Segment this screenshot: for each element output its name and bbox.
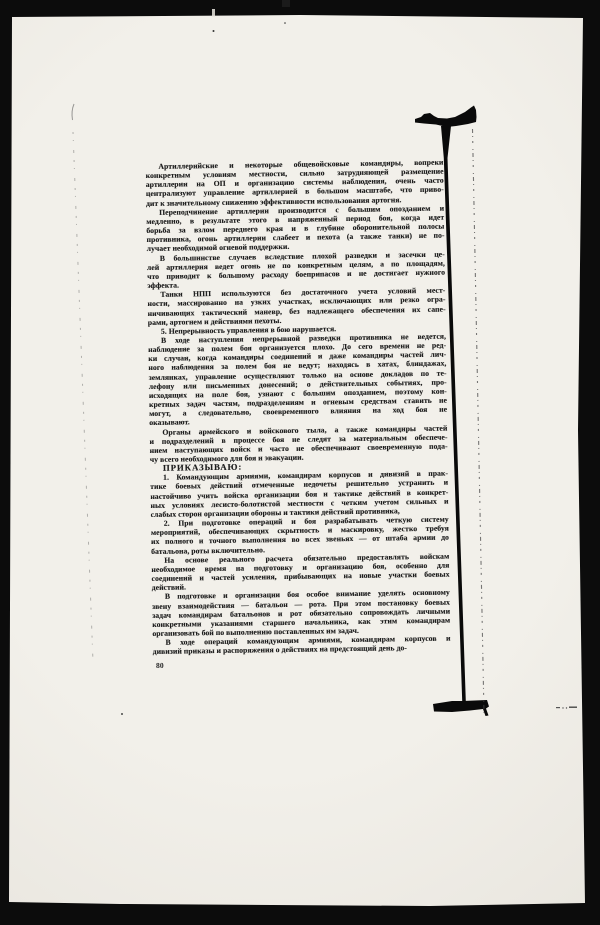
book-page: Артиллерийские и некоторые общевойсковые… [0,0,600,925]
page-number: 80 [156,661,164,670]
scan-photo-canvas: { "document": { "page_number": "80", "pa… [0,0,600,925]
text-block: Артиллерийские и некоторые общевойсковые… [145,158,450,657]
